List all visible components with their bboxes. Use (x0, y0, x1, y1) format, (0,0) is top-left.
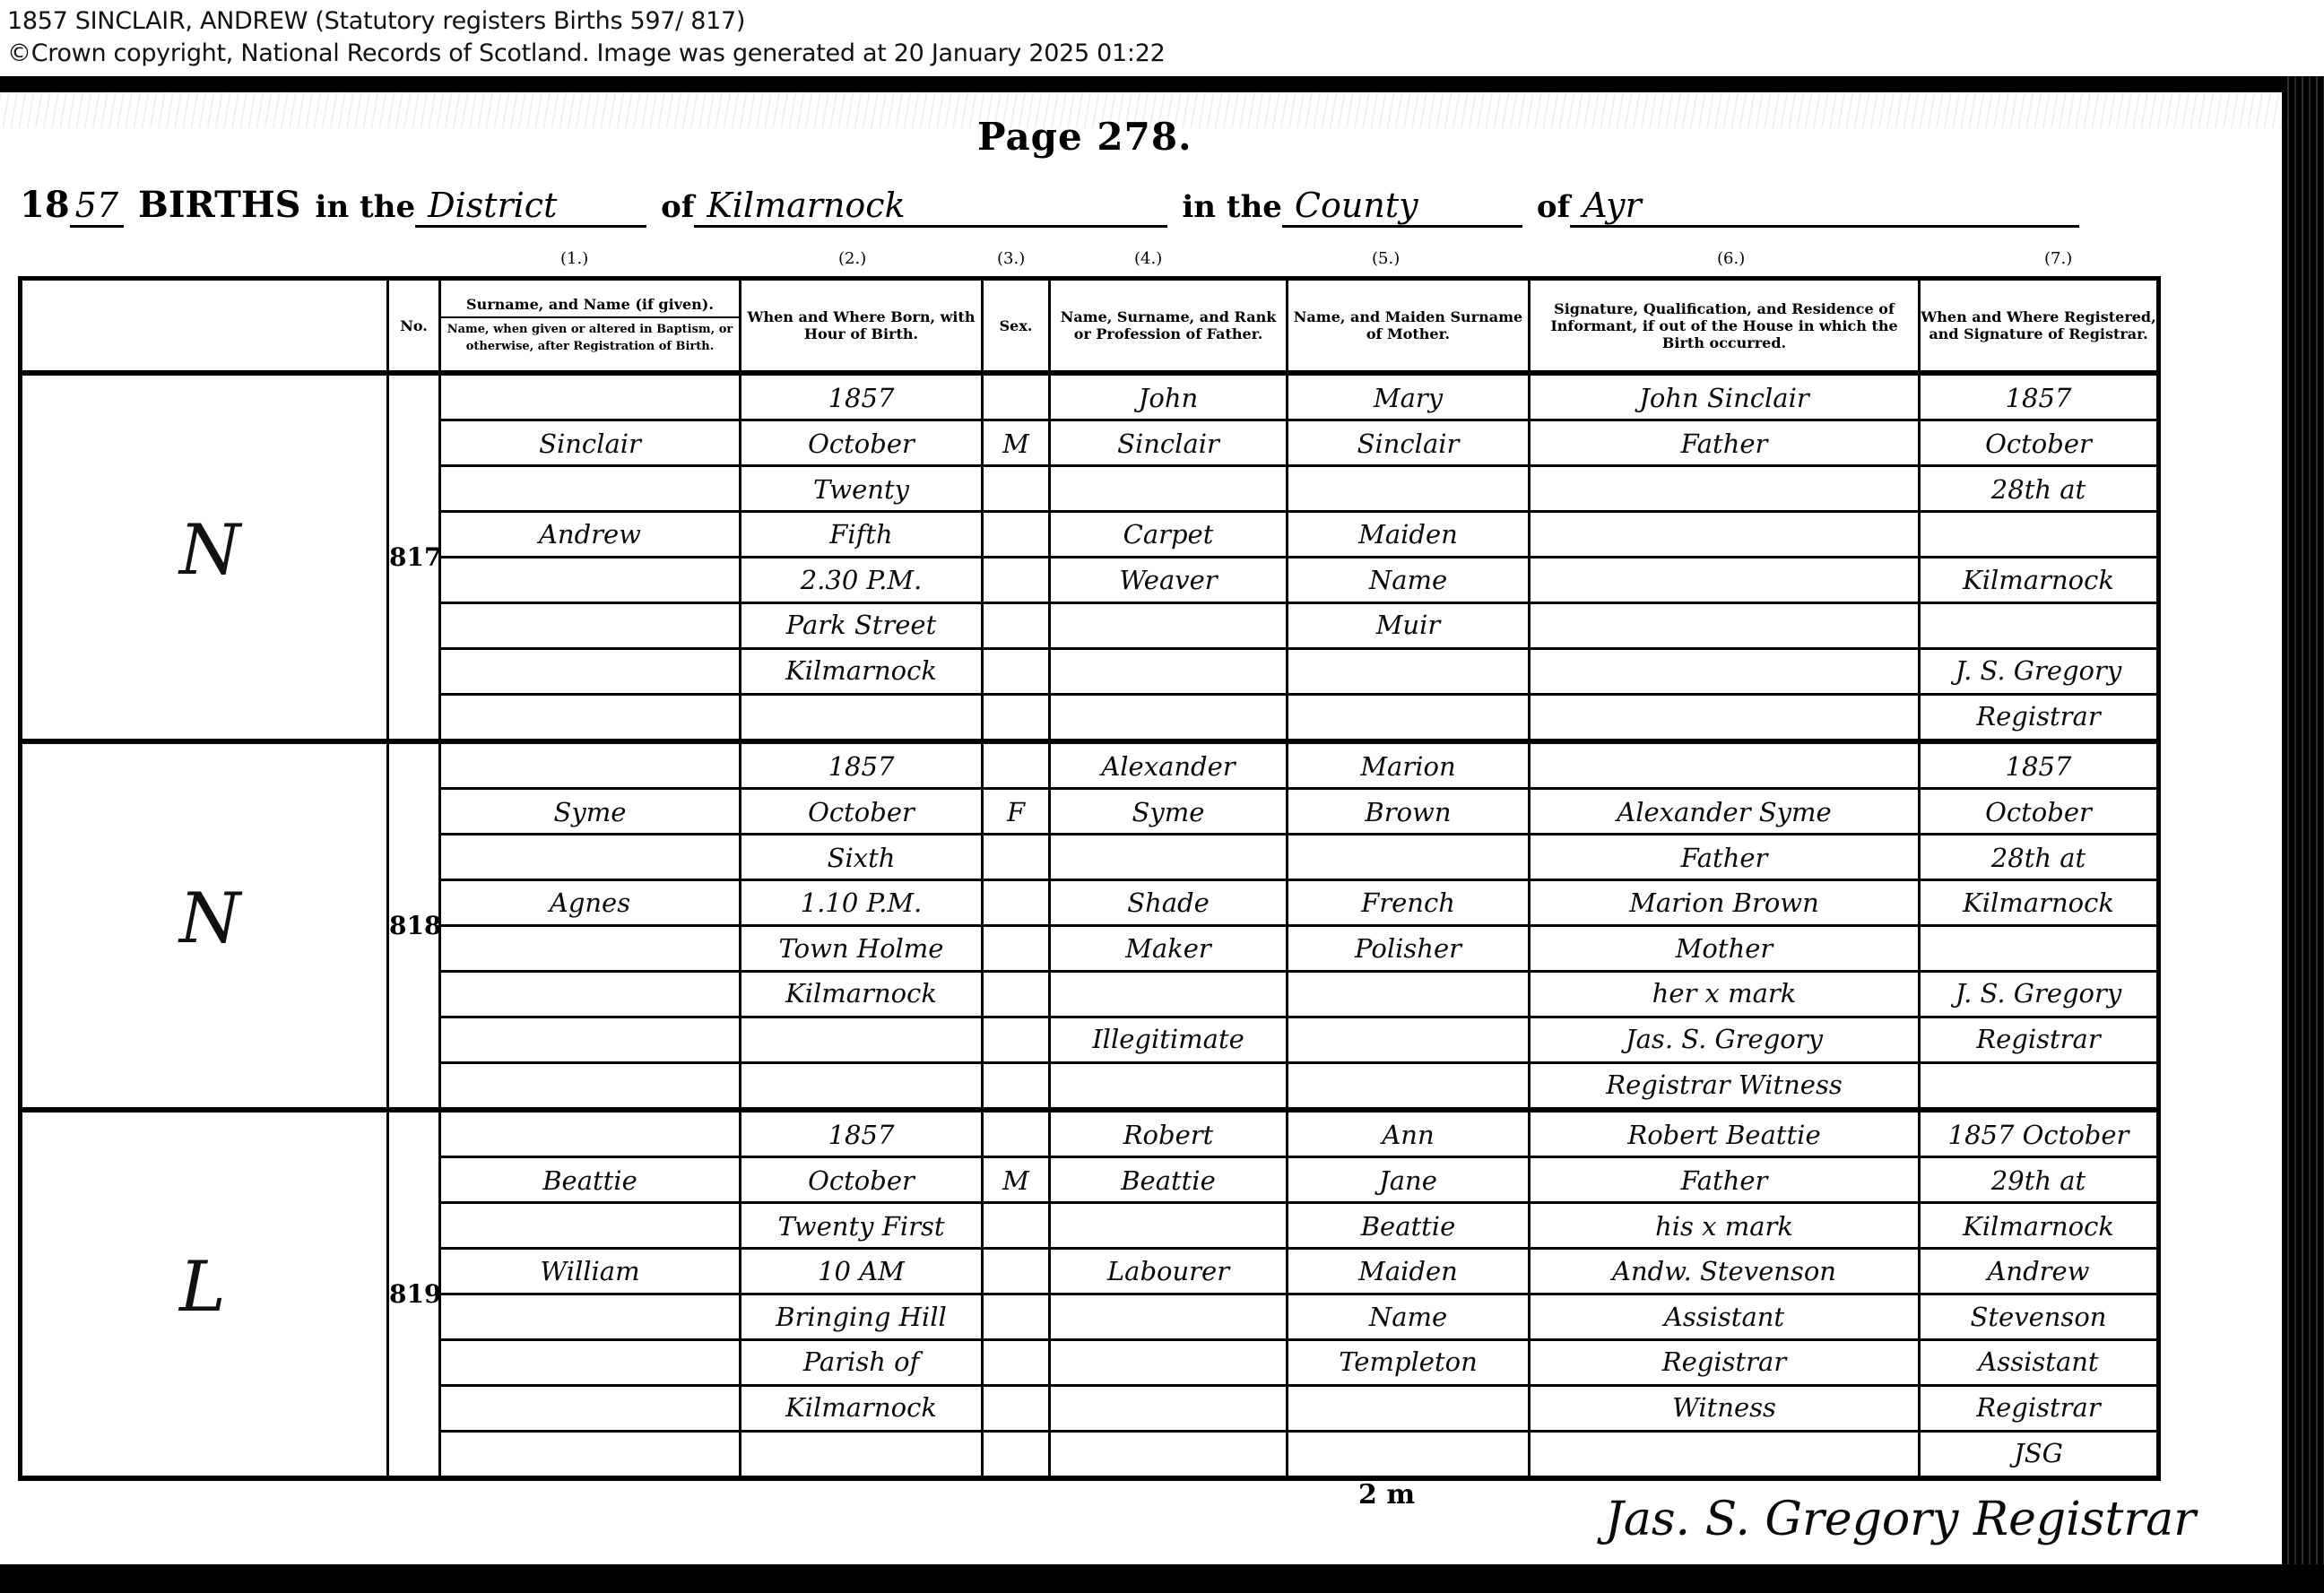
handwritten-line (1921, 602, 2156, 648)
handwritten-line: 1857 (741, 376, 981, 421)
handwritten-line: Polisher (1288, 926, 1528, 972)
footer-mark: 2 m (1358, 1479, 1415, 1511)
handwritten-line: Registrar (1921, 1017, 2156, 1062)
handwritten-line: Beattie (1051, 1158, 1286, 1204)
handwritten-line: Beattie (441, 1158, 739, 1204)
handwritten-line: Park Street (741, 602, 981, 648)
handwritten-line: Father (1531, 421, 1918, 467)
handwritten-line: Weaver (1051, 558, 1286, 603)
registrar-cell: 1857October28th atKilmarnockJ. S. Gregor… (1920, 373, 2159, 741)
informant-cell: Alexander SymeFatherMarion BrownMotherhe… (1530, 741, 1920, 1110)
handwritten-line: J. S. Gregory (1921, 971, 2156, 1017)
title-district-handwritten: District (415, 186, 646, 228)
handwritten-line: J. S. Gregory (1921, 648, 2156, 694)
handwritten-line: Kilmarnock (1921, 880, 2156, 926)
margin-initial: N (179, 510, 240, 591)
margin-initial: N (179, 879, 240, 959)
title-year-prefix: 18 (20, 184, 70, 226)
table-row: N818SymeAgnes1857OctoberSixth1.10 P.M.To… (21, 741, 2159, 1110)
handwritten-line (441, 558, 739, 603)
handwritten-line: Andrew (441, 512, 739, 558)
handwritten-line: Father (1531, 1158, 1918, 1204)
register-title: 18 57 BIRTHS in the District of Kilmarno… (20, 184, 2190, 238)
handwritten-line (1051, 1203, 1286, 1249)
handwritten-line (984, 971, 1048, 1017)
name-cell: SymeAgnes (440, 741, 741, 1110)
handwritten-line: Shade (1051, 880, 1286, 926)
scan-border-top (0, 76, 2324, 92)
mother-cell: MarySinclairMaidenNameMuir (1288, 373, 1530, 741)
header-name-main: Surname, and Name (if given). (466, 296, 714, 313)
handwritten-line (984, 1339, 1048, 1385)
handwritten-line: Fifth (741, 512, 981, 558)
handwritten-line: October (1921, 421, 2156, 467)
handwritten-line (984, 376, 1048, 421)
handwritten-line (984, 512, 1048, 558)
handwritten-line (984, 1113, 1048, 1158)
handwritten-line: Marion Brown (1531, 880, 1918, 926)
informant-cell-lines: John SinclairFather (1531, 376, 1918, 739)
handwritten-line (441, 1203, 739, 1249)
title-of-county: of (1537, 189, 1570, 225)
header-sex: Sex. (983, 279, 1050, 374)
handwritten-line (984, 1017, 1048, 1062)
handwritten-line (441, 1430, 739, 1476)
handwritten-line (741, 693, 981, 739)
handwritten-line: Sinclair (441, 421, 739, 467)
mother-cell: AnnJaneBeattieMaidenNameTempleton (1288, 1110, 1530, 1478)
handwritten-line (1288, 648, 1528, 694)
sex-cell-lines: M (984, 376, 1048, 739)
mother-cell-lines: AnnJaneBeattieMaidenNameTempleton (1288, 1113, 1528, 1476)
name-cell-lines: BeattieWilliam (441, 1113, 739, 1476)
title-district-name: Kilmarnock (694, 186, 1167, 228)
handwritten-line (1051, 602, 1286, 648)
handwritten-line: Kilmarnock (1921, 558, 2156, 603)
handwritten-line (441, 1061, 739, 1107)
handwritten-line: Twenty (741, 466, 981, 512)
handwritten-line: Assistant (1531, 1294, 1918, 1340)
handwritten-line (441, 835, 739, 880)
handwritten-line: Robert Beattie (1531, 1113, 1918, 1158)
handwritten-line: Kilmarnock (741, 971, 981, 1017)
when-where-cell: 1857OctoberTwentyFifth2.30 P.M.Park Stre… (741, 373, 983, 741)
handwritten-line: Stevenson (1921, 1294, 2156, 1340)
column-number-7: (7.) (2044, 249, 2072, 268)
handwritten-line: Maiden (1288, 1249, 1528, 1294)
handwritten-line (1051, 693, 1286, 739)
handwritten-line (984, 835, 1048, 880)
handwritten-line: Sixth (741, 835, 981, 880)
scan-border-right (2282, 76, 2324, 1593)
registrar-cell: 1857 October29th atKilmarnockAndrewSteve… (1920, 1110, 2159, 1478)
when-where-cell-lines: 1857OctoberTwenty First10 AMBringing Hil… (741, 1113, 981, 1476)
handwritten-line (1288, 1430, 1528, 1476)
handwritten-line (984, 1294, 1048, 1340)
handwritten-line: Syme (441, 790, 739, 835)
handwritten-line: Kilmarnock (741, 1385, 981, 1431)
handwritten-line: Maiden (1288, 512, 1528, 558)
handwritten-line (1288, 1017, 1528, 1062)
informant-cell-lines: Alexander SymeFatherMarion BrownMotherhe… (1531, 744, 1918, 1107)
handwritten-line (1288, 1385, 1528, 1431)
handwritten-line: Agnes (441, 880, 739, 926)
handwritten-line: 1.10 P.M. (741, 880, 981, 926)
handwritten-line: Robert (1051, 1113, 1286, 1158)
handwritten-line (441, 926, 739, 972)
handwritten-line (984, 1430, 1048, 1476)
handwritten-line: Jane (1288, 1158, 1528, 1204)
handwritten-line (1051, 1061, 1286, 1107)
handwritten-line (441, 648, 739, 694)
entry-number: 819 (388, 1110, 440, 1478)
handwritten-line (441, 1339, 739, 1385)
handwritten-line: Muir (1288, 602, 1528, 648)
handwritten-line: Assistant (1921, 1339, 2156, 1385)
handwritten-line: October (1921, 790, 2156, 835)
handwritten-line: John Sinclair (1531, 376, 1918, 421)
mother-cell-lines: MarionBrownFrenchPolisher (1288, 744, 1528, 1107)
handwritten-line: 10 AM (741, 1249, 981, 1294)
mother-cell-lines: MarySinclairMaidenNameMuir (1288, 376, 1528, 739)
handwritten-line (741, 1430, 981, 1476)
births-register-table: No. Surname, and Name (if given). Name, … (18, 276, 2161, 1481)
handwritten-line (441, 693, 739, 739)
handwritten-line (984, 744, 1048, 790)
sex-cell: M (983, 1110, 1050, 1478)
registrar-cell: 1857October28th atKilmarnockJ. S. Gregor… (1920, 741, 2159, 1110)
header-name: Surname, and Name (if given). Name, when… (440, 279, 741, 374)
sex-cell-lines: F (984, 744, 1048, 1107)
handwritten-line: Andrew (1921, 1249, 2156, 1294)
handwritten-line: Witness (1531, 1385, 1918, 1431)
handwritten-line (984, 602, 1048, 648)
handwritten-line (1288, 971, 1528, 1017)
handwritten-line (1531, 693, 1918, 739)
when-where-cell: 1857OctoberSixth1.10 P.M.Town HolmeKilma… (741, 741, 983, 1110)
handwritten-line (1921, 1061, 2156, 1107)
handwritten-line (1921, 926, 2156, 972)
handwritten-line: Syme (1051, 790, 1286, 835)
handwritten-line (1531, 648, 1918, 694)
handwritten-line (1051, 1430, 1286, 1476)
handwritten-line: F (984, 790, 1048, 835)
page-number: Page 278. (977, 115, 1192, 159)
copyright-caption: ©Crown copyright, National Records of Sc… (7, 39, 1166, 67)
handwritten-line: Registrar (1531, 1339, 1918, 1385)
handwritten-line (441, 602, 739, 648)
handwritten-line: 28th at (1921, 835, 2156, 880)
father-cell: AlexanderSymeShadeMakerIllegitimate (1050, 741, 1288, 1110)
handwritten-line: Andw. Stevenson (1531, 1249, 1918, 1294)
table-row: N817SinclairAndrew1857OctoberTwentyFifth… (21, 373, 2159, 741)
handwritten-line (984, 1203, 1048, 1249)
handwritten-line: JSG (1921, 1430, 2156, 1476)
record-caption-title: 1857 SINCLAIR, ANDREW (Statutory registe… (7, 7, 745, 35)
handwritten-line (984, 648, 1048, 694)
margin-cell: N (21, 373, 388, 741)
handwritten-line: Maker (1051, 926, 1286, 972)
father-cell-lines: AlexanderSymeShadeMakerIllegitimate (1051, 744, 1286, 1107)
handwritten-line: her x mark (1531, 971, 1918, 1017)
handwritten-line (441, 971, 739, 1017)
handwritten-line (984, 926, 1048, 972)
registrar-signature: Jas. S. Gregory Registrar (1605, 1493, 2196, 1546)
handwritten-line (1051, 466, 1286, 512)
handwritten-line: his x mark (1531, 1203, 1918, 1249)
handwritten-line (1288, 693, 1528, 739)
handwritten-line: Mother (1531, 926, 1918, 972)
header-name-sub: Name, when given or altered in Baptism, … (441, 316, 739, 355)
when-where-cell-lines: 1857OctoberTwentyFifth2.30 P.M.Park Stre… (741, 376, 981, 739)
column-number-1: (1.) (560, 249, 588, 268)
handwritten-line (1051, 1385, 1286, 1431)
informant-cell-lines: Robert BeattieFatherhis x markAndw. Stev… (1531, 1113, 1918, 1476)
handwritten-line: Jas. S. Gregory (1531, 1017, 1918, 1062)
title-in-the-county: in the (1182, 189, 1282, 225)
handwritten-line (441, 1294, 739, 1340)
handwritten-line: 2.30 P.M. (741, 558, 981, 603)
handwritten-line: Mary (1288, 376, 1528, 421)
handwritten-line (984, 880, 1048, 926)
handwritten-line (1531, 744, 1918, 790)
column-number-3: (3.) (997, 249, 1025, 268)
handwritten-line: Kilmarnock (741, 648, 981, 694)
table-header-row: No. Surname, and Name (if given). Name, … (21, 279, 2159, 374)
margin-initial: L (179, 1247, 226, 1328)
handwritten-line (984, 693, 1048, 739)
handwritten-line: October (741, 790, 981, 835)
father-cell: RobertBeattieLabourer (1050, 1110, 1288, 1478)
name-cell-lines: SinclairAndrew (441, 376, 739, 739)
handwritten-line (1531, 466, 1918, 512)
handwritten-line: French (1288, 880, 1528, 926)
margin-cell: N (21, 741, 388, 1110)
name-cell: BeattieWilliam (440, 1110, 741, 1478)
handwritten-line: Name (1288, 1294, 1528, 1340)
header-margin (21, 279, 388, 374)
handwritten-line: Registrar (1921, 693, 2156, 739)
handwritten-line (984, 1061, 1048, 1107)
handwritten-line: M (984, 1158, 1048, 1204)
handwritten-line (1051, 648, 1286, 694)
column-number-2: (2.) (838, 249, 866, 268)
sex-cell: M (983, 373, 1050, 741)
handwritten-line: Marion (1288, 744, 1528, 790)
title-year-handwritten: 57 (70, 186, 124, 228)
handwritten-line: Illegitimate (1051, 1017, 1286, 1062)
handwritten-line: Carpet (1051, 512, 1286, 558)
father-cell-lines: RobertBeattieLabourer (1051, 1113, 1286, 1476)
handwritten-line (741, 1017, 981, 1062)
handwritten-line (984, 466, 1048, 512)
handwritten-line (1531, 558, 1918, 603)
handwritten-line (1051, 835, 1286, 880)
handwritten-line (1531, 512, 1918, 558)
column-number-6: (6.) (1717, 249, 1745, 268)
handwritten-line: John (1051, 376, 1286, 421)
handwritten-line (984, 558, 1048, 603)
handwritten-line: 1857 (1921, 744, 2156, 790)
handwritten-line: Registrar Witness (1531, 1061, 1918, 1107)
sex-cell-lines: M (984, 1113, 1048, 1476)
title-of: of (661, 189, 694, 225)
title-births: BIRTHS (138, 184, 301, 226)
sex-cell: F (983, 741, 1050, 1110)
handwritten-line: October (741, 421, 981, 467)
handwritten-line: 1857 (1921, 376, 2156, 421)
when-where-cell-lines: 1857OctoberSixth1.10 P.M.Town HolmeKilma… (741, 744, 981, 1107)
handwritten-line (984, 1249, 1048, 1294)
handwritten-line: 28th at (1921, 466, 2156, 512)
table-row: L819BeattieWilliam1857OctoberTwenty Firs… (21, 1110, 2159, 1478)
handwritten-line: Sinclair (1051, 421, 1286, 467)
handwritten-line: M (984, 421, 1048, 467)
informant-cell: John SinclairFather (1530, 373, 1920, 741)
title-county-handwritten: County (1282, 186, 1522, 228)
handwritten-line (441, 744, 739, 790)
handwritten-line (1288, 835, 1528, 880)
handwritten-line: William (441, 1249, 739, 1294)
handwritten-line: Alexander Syme (1531, 790, 1918, 835)
handwritten-line: Alexander (1051, 744, 1286, 790)
title-county-name: Ayr (1570, 186, 2079, 228)
mother-cell: MarionBrownFrenchPolisher (1288, 741, 1530, 1110)
informant-cell: Robert BeattieFatherhis x markAndw. Stev… (1530, 1110, 1920, 1478)
column-number-5: (5.) (1372, 249, 1400, 268)
header-father: Name, Surname, and Rank or Profession of… (1050, 279, 1288, 374)
header-informant: Signature, Qualification, and Residence … (1530, 279, 1920, 374)
handwritten-line: 1857 (741, 744, 981, 790)
handwritten-line: Templeton (1288, 1339, 1528, 1385)
handwritten-line (1051, 1294, 1286, 1340)
entry-number: 817 (388, 373, 440, 741)
handwritten-line: October (741, 1158, 981, 1204)
handwritten-line (441, 376, 739, 421)
registrar-cell-lines: 1857October28th atKilmarnockJ. S. Gregor… (1921, 744, 2156, 1107)
name-cell: SinclairAndrew (440, 373, 741, 741)
handwritten-line: Registrar (1921, 1385, 2156, 1431)
handwritten-line (1051, 971, 1286, 1017)
header-mother: Name, and Maiden Surname of Mother. (1288, 279, 1530, 374)
handwritten-line (1531, 1430, 1918, 1476)
when-where-cell: 1857OctoberTwenty First10 AMBringing Hil… (741, 1110, 983, 1478)
handwritten-line: Ann (1288, 1113, 1528, 1158)
title-in-the: in the (316, 189, 416, 225)
handwritten-line: Twenty First (741, 1203, 981, 1249)
scan-border-bottom (0, 1564, 2324, 1593)
column-number-4: (4.) (1134, 249, 1162, 268)
handwritten-line (441, 1385, 739, 1431)
name-cell-lines: SymeAgnes (441, 744, 739, 1107)
handwritten-line: Beattie (1288, 1203, 1528, 1249)
handwritten-line (1921, 512, 2156, 558)
handwritten-line (1288, 466, 1528, 512)
margin-cell: L (21, 1110, 388, 1478)
handwritten-line (441, 1017, 739, 1062)
handwritten-line (984, 1385, 1048, 1431)
registrar-cell-lines: 1857October28th atKilmarnockJ. S. Gregor… (1921, 376, 2156, 739)
handwritten-line: Town Holme (741, 926, 981, 972)
header-when-where: When and Where Born, with Hour of Birth. (741, 279, 983, 374)
header-no: No. (388, 279, 440, 374)
handwritten-line (741, 1061, 981, 1107)
handwritten-line (1288, 1061, 1528, 1107)
handwritten-line: Kilmarnock (1921, 1203, 2156, 1249)
handwritten-line (441, 1113, 739, 1158)
handwritten-line (1531, 602, 1918, 648)
header-registrar: When and Where Registered, and Signature… (1920, 279, 2159, 374)
handwritten-line: Name (1288, 558, 1528, 603)
handwritten-line: Parish of (741, 1339, 981, 1385)
father-cell-lines: JohnSinclairCarpetWeaver (1051, 376, 1286, 739)
handwritten-line (1051, 1339, 1286, 1385)
handwritten-line: Brown (1288, 790, 1528, 835)
entry-number: 818 (388, 741, 440, 1110)
handwritten-line: Labourer (1051, 1249, 1286, 1294)
handwritten-line: 1857 October (1921, 1113, 2156, 1158)
handwritten-line: Father (1531, 835, 1918, 880)
handwritten-line: Sinclair (1288, 421, 1528, 467)
handwritten-line: Bringing Hill (741, 1294, 981, 1340)
registrar-cell-lines: 1857 October29th atKilmarnockAndrewSteve… (1921, 1113, 2156, 1476)
handwritten-line (441, 466, 739, 512)
handwritten-line: 1857 (741, 1113, 981, 1158)
father-cell: JohnSinclairCarpetWeaver (1050, 373, 1288, 741)
handwritten-line: 29th at (1921, 1158, 2156, 1204)
